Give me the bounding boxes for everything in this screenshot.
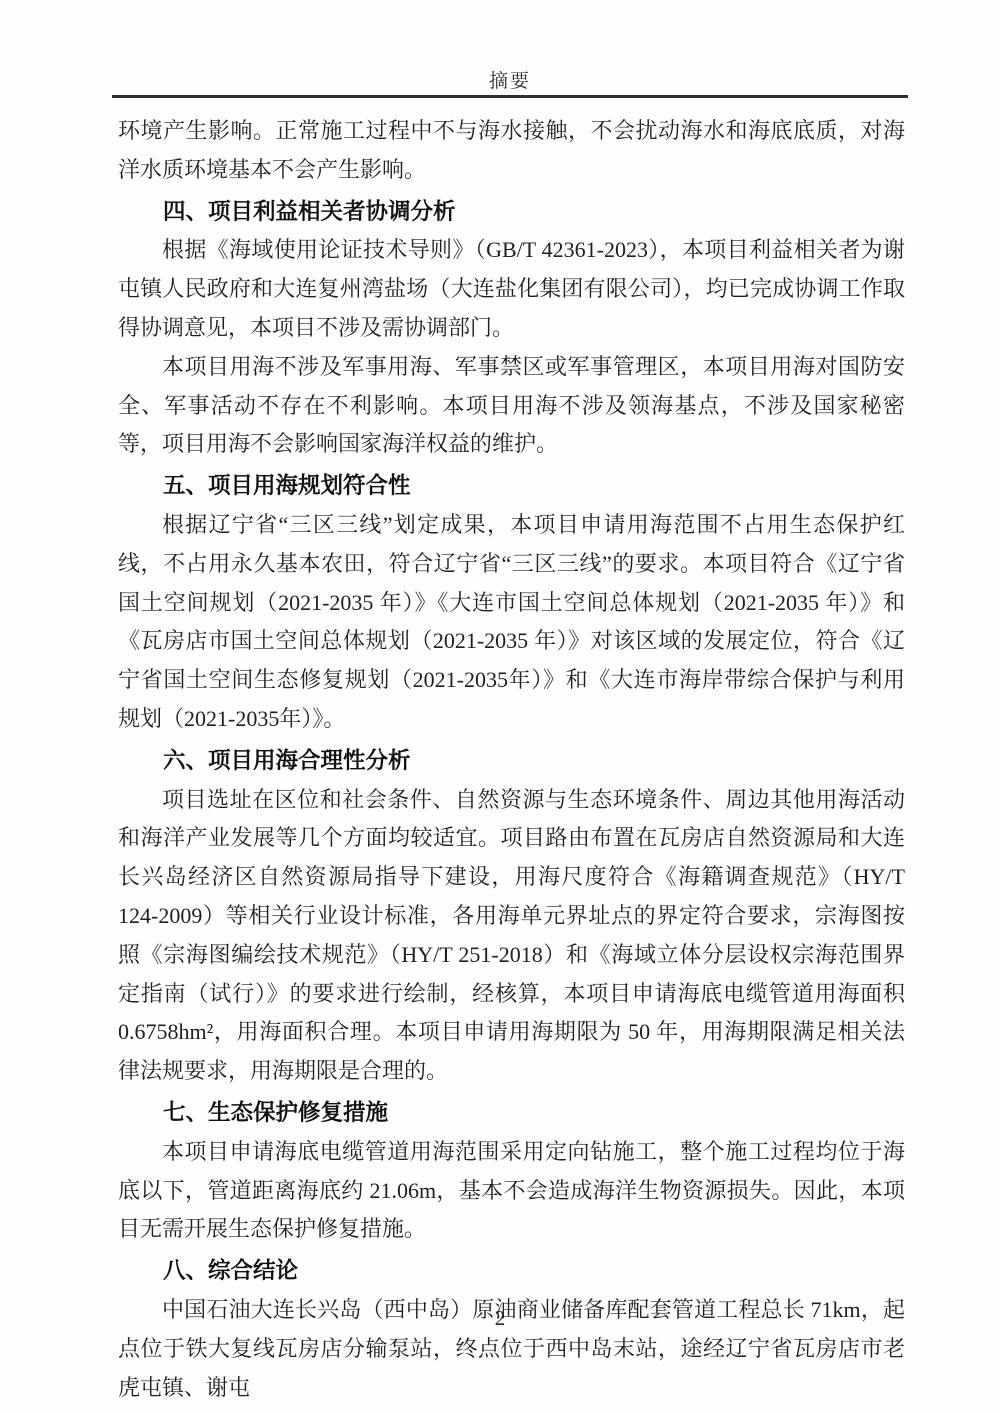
- page-footer: 2: [0, 1299, 1000, 1338]
- section-heading-planning-conformity: 五、项目用海规划符合性: [118, 467, 905, 506]
- header-title: 摘要: [112, 0, 908, 91]
- section-heading-stakeholder-analysis: 四、项目利益相关者协调分析: [118, 193, 905, 232]
- paragraph-continuation: 环境产生影响。正常施工过程中不与海水接触，不会扰动海水和海底底质，对海洋水质环境…: [118, 112, 905, 190]
- document-body: 环境产生影响。正常施工过程中不与海水接触，不会扰动海水和海底底质，对海洋水质环境…: [118, 112, 905, 1407]
- paragraph: 根据辽宁省“三区三线”划定成果，本项目申请用海范围不占用生态保护红线，不占用永久…: [118, 506, 905, 739]
- paragraph: 项目选址在区位和社会条件、自然资源与生态环境条件、周边其他用海活动和海洋产业发展…: [118, 781, 905, 1091]
- header-rule: [112, 95, 908, 98]
- section-heading-ecological-restoration: 七、生态保护修复措施: [118, 1094, 905, 1133]
- paragraph: 本项目申请海底电缆管道用海范围采用定向钻施工，整个施工过程均位于海底以下，管道距…: [118, 1133, 905, 1249]
- document-page: 摘要 环境产生影响。正常施工过程中不与海水接触，不会扰动海水和海底底质，对海洋水…: [0, 0, 1000, 1414]
- page-header: 摘要: [112, 0, 908, 98]
- paragraph: 本项目用海不涉及军事用海、军事禁区或军事管理区，本项目用海对国防安全、军事活动不…: [118, 348, 905, 464]
- page-number: 2: [495, 1306, 506, 1330]
- section-heading-rationality-analysis: 六、项目用海合理性分析: [118, 742, 905, 781]
- section-heading-comprehensive-conclusion: 八、综合结论: [118, 1252, 905, 1291]
- paragraph: 根据《海域使用论证技术导则》（GB/T 42361-2023），本项目利益相关者…: [118, 231, 905, 347]
